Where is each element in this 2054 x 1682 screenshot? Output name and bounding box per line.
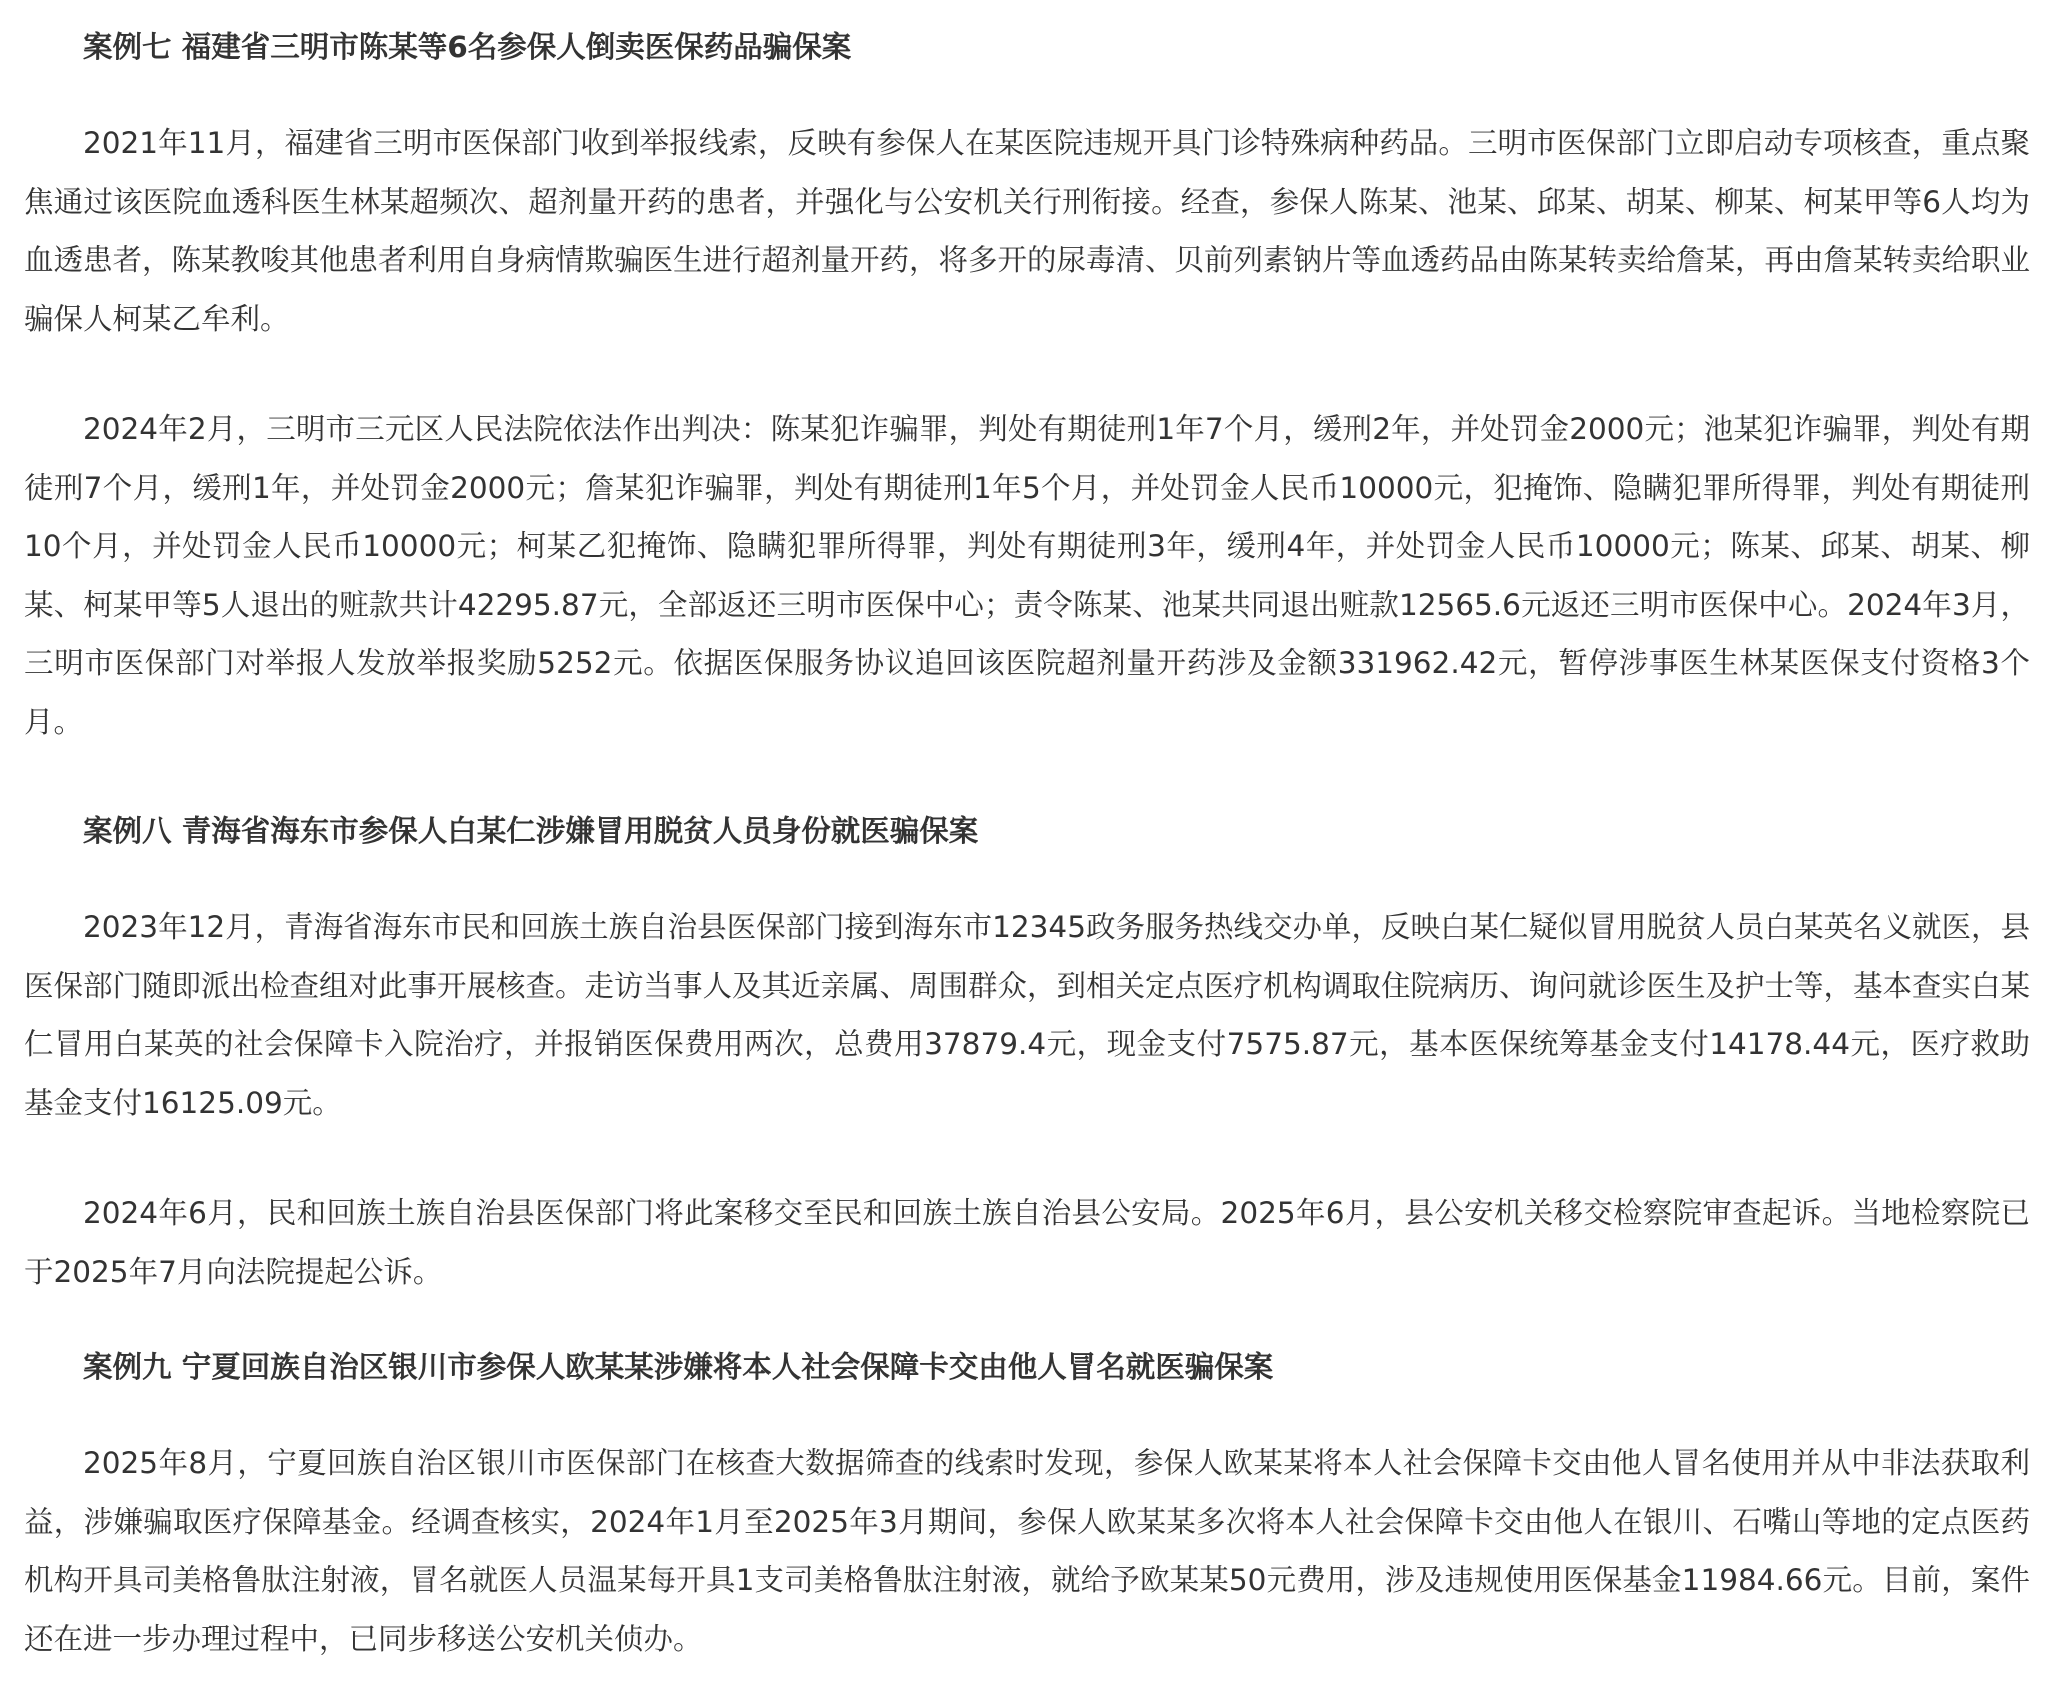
case-8-paragraph-1: 2023年12月，青海省海东市民和回族土族自治县医保部门接到海东市12345政务… — [24, 898, 2030, 1132]
case-7-paragraph-1: 2021年11月，福建省三明市医保部门收到举报线索，反映有参保人在某医院违规开具… — [24, 114, 2030, 348]
case-8-paragraph-2: 2024年6月，民和回族土族自治县医保部门将此案移交至民和回族土族自治县公安局。… — [24, 1184, 2030, 1301]
case-7-paragraph-2: 2024年2月，三明市三元区人民法院依法作出判决：陈某犯诈骗罪，判处有期徒刑1年… — [24, 400, 2030, 751]
case-8-title: 案例八 青海省海东市参保人白某仁涉嫌冒用脱贫人员身份就医骗保案 — [24, 802, 2030, 860]
case-7-title: 案例七 福建省三明市陈某等6名参保人倒卖医保药品骗保案 — [24, 18, 2030, 76]
case-9-paragraph-1: 2025年8月，宁夏回族自治区银川市医保部门在核查大数据筛查的线索时发现，参保人… — [24, 1434, 2030, 1668]
case-9-title: 案例九 宁夏回族自治区银川市参保人欧某某涉嫌将本人社会保障卡交由他人冒名就医骗保… — [24, 1338, 2030, 1396]
